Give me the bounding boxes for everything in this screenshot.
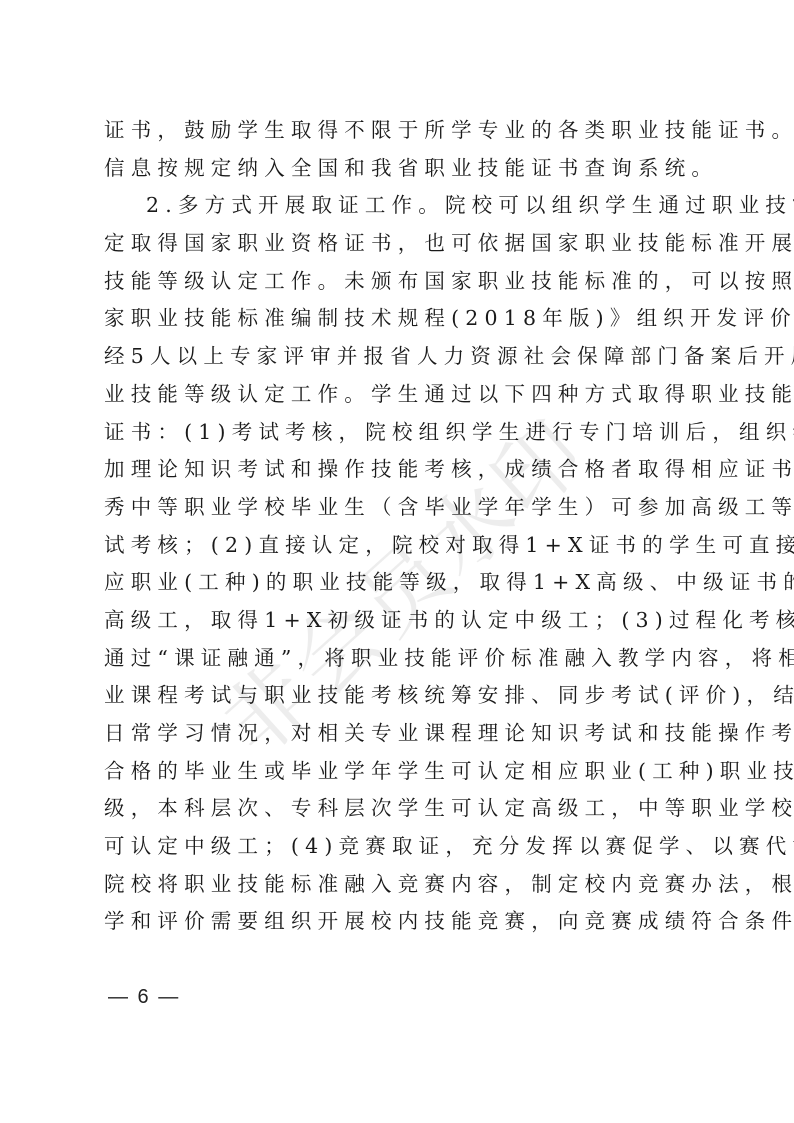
- text-line: 通过“课证融通”，将职业技能评价标准融入教学内容，将相关专: [104, 640, 702, 678]
- text-line: 定取得国家职业资格证书，也可依据国家职业技能标准开展职业: [104, 225, 702, 263]
- text-line: 证书：(1)考试考核，院校组织学生进行专门培训后，组织学生参: [104, 414, 702, 452]
- text-line: 业技能等级认定工作。学生通过以下四种方式取得职业技能等级: [104, 376, 702, 414]
- text-line: 可认定中级工；(4)竞赛取证，充分发挥以赛促学、以赛代评作用，: [104, 828, 702, 866]
- text-line: 加理论知识考试和操作技能考核，成绩合格者取得相应证书，优: [104, 451, 702, 489]
- text-line: 信息按规定纳入全国和我省职业技能证书查询系统。: [104, 150, 702, 188]
- document-page: 证书，鼓励学生取得不限于所学专业的各类职业技能证书。证书 信息按规定纳入全国和我…: [0, 0, 794, 1123]
- text-line: 级，本科层次、专科层次学生可认定高级工，中等职业学校学生: [104, 790, 702, 828]
- text-line: 业课程考试与职业技能考核统筹安排、同步考试(评价)，结合学生: [104, 677, 702, 715]
- page-number: — 6 —: [108, 986, 180, 1009]
- section-heading-line: 2.多方式开展取证工作。院校可以组织学生通过职业技能鉴: [104, 187, 702, 225]
- text-line: 秀中等职业学校毕业生（含毕业学年学生）可参加高级工等级考: [104, 489, 702, 527]
- text-line: 高级工，取得1+X初级证书的认定中级工；(3)过程化考核，院校: [104, 602, 702, 640]
- text-line: 技能等级认定工作。未颁布国家职业技能标准的，可以按照《国: [104, 263, 702, 301]
- body-text: 证书，鼓励学生取得不限于所学专业的各类职业技能证书。证书 信息按规定纳入全国和我…: [104, 112, 704, 941]
- text-line: 日常学习情况，对相关专业课程理论知识考试和技能操作考核均: [104, 715, 702, 753]
- text-line: 合格的毕业生或毕业学年学生可认定相应职业(工种)职业技能等: [104, 753, 702, 791]
- text-line: 证书，鼓励学生取得不限于所学专业的各类职业技能证书。证书: [104, 112, 702, 150]
- text-line: 院校将职业技能标准融入竞赛内容，制定校内竞赛办法，根据教: [104, 866, 702, 904]
- text-line: 应职业(工种)的职业技能等级，取得1+X高级、中级证书的认定: [104, 564, 702, 602]
- text-line: 学和评价需要组织开展校内技能竞赛，向竞赛成绩符合条件的师: [104, 903, 702, 941]
- text-line: 试考核；(2)直接认定，院校对取得1+X证书的学生可直接认定相: [104, 527, 702, 565]
- text-line: 经5人以上专家评审并报省人力资源社会保障部门备案后开展职: [104, 338, 702, 376]
- text-line: 家职业技能标准编制技术规程(2018年版)》组织开发评价规范，: [104, 300, 702, 338]
